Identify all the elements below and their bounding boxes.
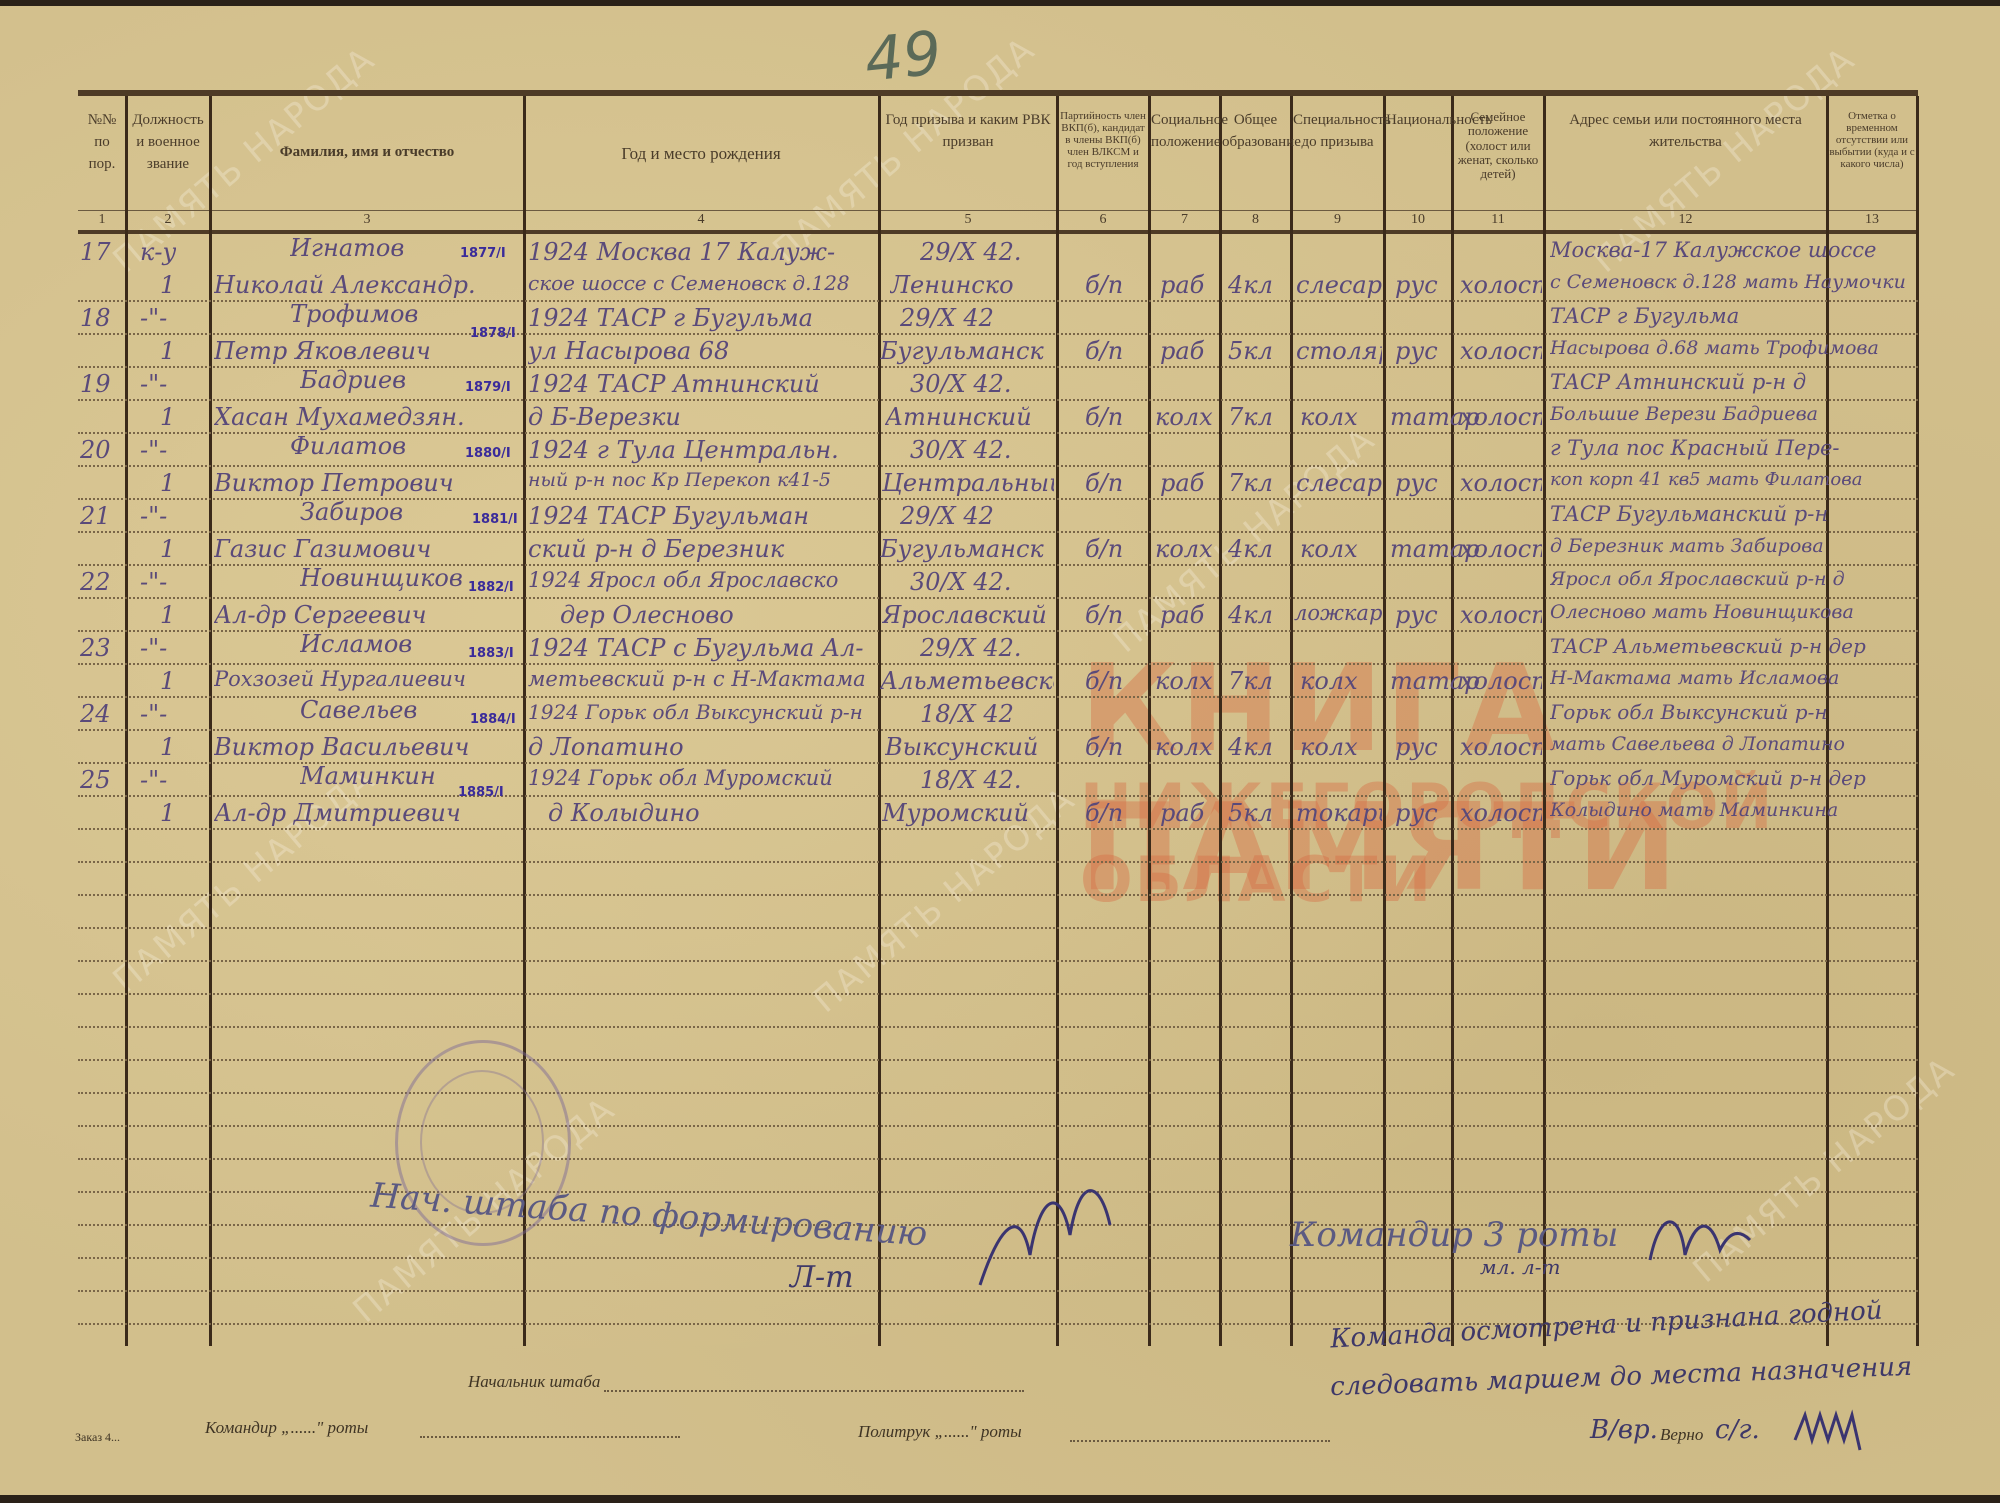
education: 7кл [1228, 403, 1273, 431]
rank-grade: 1 [160, 271, 175, 299]
birth-line-1: 1924 Москва 17 Калуж- [528, 238, 876, 266]
address-line-2: Олесново мать Новинщикова [1550, 601, 1915, 623]
education: 7кл [1228, 469, 1273, 497]
address-line-2: мать Савельева д Лопатино [1550, 733, 1915, 755]
col-num-4: 4 [526, 212, 876, 228]
surname: Трофимов [290, 300, 418, 328]
given-name: Ал-др Дмитриевич [214, 799, 519, 827]
address-line-2: Насырова д.68 мать Трофимова [1550, 337, 1915, 359]
row-number: 17 [80, 238, 111, 266]
address-line-2: Колыдино мать Маминкина [1550, 799, 1915, 821]
call-rvk: Центральный [882, 469, 1054, 497]
social: колх [1155, 535, 1213, 563]
call-date: 30/X 42. [910, 370, 1012, 398]
birth-line-2: ское шоссе с Семеновск д.128 [528, 271, 876, 295]
surname: Филатов [290, 432, 406, 460]
given-name: Николай Александр. [214, 271, 519, 299]
party: б/п [1085, 469, 1123, 497]
surname: Маминкин [300, 762, 436, 790]
rank: -"- [140, 634, 167, 662]
col-num-7: 7 [1151, 212, 1218, 228]
party: б/п [1085, 601, 1123, 629]
col-num-12: 12 [1546, 212, 1825, 228]
col-num-1: 1 [80, 212, 124, 228]
nationality: рус [1395, 337, 1438, 365]
given-name: Рохзозей Нургалиевич [214, 667, 519, 691]
address-line-1: г Тула пос Красный Пере- [1550, 436, 1915, 460]
nationality: рус [1395, 601, 1438, 629]
social: раб [1160, 337, 1204, 365]
party: б/п [1085, 403, 1123, 431]
address-line-1: Яросл обл Ярославский р-н д [1550, 568, 1915, 590]
specialty: колх [1300, 733, 1382, 761]
row-number: 22 [80, 568, 111, 596]
address-line-2: Н-Мактама мать Исламова [1550, 667, 1915, 689]
row-number: 25 [80, 766, 111, 794]
birth-line-1: 1924 ТАСР г Бугульма [528, 304, 876, 332]
chief-of-staff-label: Начальник штаба [468, 1372, 600, 1392]
call-rvk: Атнинский [885, 403, 1055, 431]
party: б/п [1085, 535, 1123, 563]
given-name: Виктор Васильевич [214, 733, 519, 761]
rank-grade: 1 [160, 535, 175, 563]
rank-grade: 1 [160, 469, 175, 497]
nationality: рус [1395, 799, 1438, 827]
header-divider [78, 210, 1918, 211]
education: 4кл [1228, 271, 1273, 299]
address-line-2: с Семеновск д.128 мать Наумочки [1550, 271, 1915, 293]
rank-grade: 1 [160, 799, 175, 827]
year-code: 1885/I [458, 785, 504, 800]
commander-note: Командир 3 роты [1290, 1215, 1618, 1255]
row-number: 18 [80, 304, 111, 332]
inspection-note-line-2: следовать маршем до места назначения [1330, 1352, 1913, 1402]
address-line-2: д Березник мать Забирова [1550, 535, 1915, 557]
company-commander-signature-line [420, 1436, 680, 1438]
address-line-1: Горьк обл Выксунский р-н [1550, 700, 1915, 724]
col-header-2: Должность и военное звание [128, 110, 208, 175]
commander-signature-scribble [1640, 1200, 1760, 1290]
certified-prefix: В/вр. [1590, 1415, 1658, 1445]
family-status: холост [1460, 601, 1542, 629]
col-num-13: 13 [1829, 212, 1915, 228]
col-header-1: №№ по пор. [80, 110, 124, 175]
col-num-8: 8 [1222, 212, 1289, 228]
family-status: холост [1460, 667, 1542, 695]
rank: -"- [140, 568, 167, 596]
call-date: 29/X 42 [900, 304, 994, 332]
address-line-1: ТАСР Альметьевский р-н дер [1550, 634, 1915, 658]
education: 5кл [1228, 337, 1273, 365]
row-number: 21 [80, 502, 111, 530]
education: 4кл [1228, 601, 1273, 629]
call-rvk: Ярославский [882, 601, 1054, 629]
row-number: 23 [80, 634, 111, 662]
chief-rank: Л-т [790, 1260, 854, 1295]
year-code: 1884/I [470, 712, 516, 727]
social: колх [1155, 403, 1213, 431]
call-rvk: Бугульманск [880, 337, 1054, 365]
birth-line-1: 1924 г Тула Центральн. [528, 436, 876, 464]
col-header-4: Год и место рождения [526, 142, 876, 167]
col-num-3: 3 [212, 212, 522, 228]
row-number: 24 [80, 700, 111, 728]
given-name: Петр Яковлевич [214, 337, 464, 365]
col-header-8: Общее образование [1222, 110, 1289, 154]
rank-grade: 1 [160, 733, 175, 761]
given-name: Хасан Мухамедзян. [214, 403, 519, 431]
specialty: колх [1300, 403, 1382, 431]
birth-line-1: 1924 Яросл обл Ярославско [528, 568, 876, 592]
year-code: 1882/I [468, 580, 514, 595]
political-officer-signature-line [1070, 1440, 1330, 1442]
chief-signature-scribble [960, 1165, 1130, 1305]
education: 4кл [1228, 733, 1273, 761]
address-line-1: ТАСР г Бугульма [1550, 304, 1915, 328]
education: 5кл [1228, 799, 1273, 827]
rank: -"- [140, 502, 167, 530]
address-line-1: ТАСР Бугульманский р-н [1550, 502, 1915, 526]
specialty: столяр [1296, 337, 1382, 365]
page-number: 49 [862, 18, 945, 96]
rank-grade: 1 [160, 601, 175, 629]
year-code: 1877/I [460, 246, 506, 261]
col-header-3: Фамилия, имя и отчество [212, 142, 522, 164]
family-status: холост [1460, 271, 1542, 299]
party: б/п [1085, 733, 1123, 761]
col-header-13: Отметка о временном отсутствии или выбыт… [1829, 110, 1915, 170]
header-top-rule [78, 90, 1918, 96]
family-status: холост [1460, 469, 1542, 497]
party: б/п [1085, 667, 1123, 695]
surname: Новинщиков [300, 564, 463, 592]
rank-grade: 1 [160, 667, 175, 695]
birth-line-2: ный р-н пос Кр Перекоп к41-5 [528, 469, 876, 491]
certified-rank: с/г. [1715, 1415, 1760, 1445]
birth-line-2: метьевский р-н с Н-Мактама [528, 667, 876, 691]
year-code: 1881/I [472, 512, 518, 527]
family-status: холост [1460, 535, 1542, 563]
rank: -"- [140, 766, 167, 794]
social: раб [1160, 601, 1204, 629]
col-num-6: 6 [1059, 212, 1147, 228]
col-header-12: Адрес семьи или постоянного места житель… [1546, 110, 1825, 154]
party: б/п [1085, 337, 1123, 365]
col-num-10: 10 [1386, 212, 1450, 228]
surname: Бадриев [300, 366, 406, 394]
address-line-1: Москва-17 Калужское шоссе [1550, 238, 1915, 262]
address-line-2: Большие Верези Бадриева [1550, 403, 1915, 425]
col-num-2: 2 [128, 212, 208, 228]
birth-line-2: ский р-н д Березник [528, 535, 876, 563]
call-date: 18/X 42 [920, 700, 1014, 728]
certified-signature-scribble [1790, 1400, 1880, 1460]
rank: -"- [140, 304, 167, 332]
call-date: 30/X 42. [910, 568, 1012, 596]
row-number: 20 [80, 436, 111, 464]
family-status: холост [1460, 799, 1542, 827]
rank: к-у [140, 238, 176, 266]
given-name: Ал-др Сергеевич [214, 601, 519, 629]
specialty: колх [1300, 667, 1382, 695]
birth-line-1: 1924 Горьк обл Выксунский р-н [528, 700, 876, 724]
year-code: 1878/I [470, 326, 516, 341]
year-code: 1883/I [468, 646, 514, 661]
specialty: слесарь [1296, 469, 1382, 497]
birth-line-2: д Колыдино [548, 799, 876, 827]
specialty: колх [1300, 535, 1382, 563]
family-status: холост [1460, 403, 1542, 431]
birth-line-2: д Б-Верезки [528, 403, 876, 431]
col-num-5: 5 [881, 212, 1055, 228]
address-line-1: Горьк обл Муромский р-н дер [1550, 766, 1915, 790]
family-status: холост [1460, 337, 1542, 365]
surname: Игнатов [290, 234, 404, 262]
col-header-11: Семейное положение (холост или женат, ск… [1454, 110, 1542, 181]
birth-line-1: 1924 ТАСР с Бугульма Ал- [528, 634, 876, 662]
nationality: рус [1395, 733, 1438, 761]
nationality: рус [1395, 271, 1438, 299]
social: раб [1160, 799, 1204, 827]
col-header-5: Год призыва и каким РВК призван [881, 110, 1055, 154]
row-number: 19 [80, 370, 111, 398]
call-date: 29/X 42 [900, 502, 994, 530]
birth-line-2: дер Олесново [560, 601, 876, 629]
birth-line-2: ул Насырова 68 [528, 337, 876, 365]
call-date: 29/X 42. [920, 238, 1022, 266]
address-line-1: ТАСР Атнинский р-н д [1550, 370, 1915, 394]
social: раб [1160, 271, 1204, 299]
birth-line-2: д Лопатино [528, 733, 876, 761]
col-num-9: 9 [1293, 212, 1382, 228]
rank: -"- [140, 700, 167, 728]
surname: Исламов [300, 630, 412, 658]
call-date: 30/X 42. [910, 436, 1012, 464]
given-name: Виктор Петрович [214, 469, 519, 497]
surname: Забиров [300, 498, 403, 526]
social: колх [1155, 733, 1213, 761]
specialty: слесарь [1296, 271, 1382, 299]
rank: -"- [140, 436, 167, 464]
scan-edge-bottom [0, 1495, 2000, 1503]
year-code: 1880/I [465, 446, 511, 461]
political-officer-label: Политрук „......" роты [858, 1422, 1022, 1442]
birth-line-1: 1924 ТАСР Атнинский [528, 370, 876, 398]
call-date: 29/X 42. [920, 634, 1022, 662]
call-date: 18/X 42. [920, 766, 1022, 794]
call-rvk: Альметьевско [880, 667, 1054, 695]
chief-of-staff-signature-line [604, 1390, 1024, 1392]
party: б/п [1085, 799, 1123, 827]
commander-rank: мл. л-т [1480, 1255, 1561, 1279]
nationality: рус [1395, 469, 1438, 497]
call-rvk: Бугульманск [880, 535, 1054, 563]
col-num-11: 11 [1454, 212, 1542, 228]
inspection-note-line-1: Команда осмотрена и признана годной [1330, 1296, 1884, 1355]
call-rvk: Выксунский [885, 733, 1055, 761]
specialty: токарь [1296, 799, 1382, 827]
surname: Савельев [300, 696, 417, 724]
address-line-2: коп корп 41 кв5 мать Филатова [1550, 469, 1915, 490]
birth-line-1: 1924 ТАСР Бугульман [528, 502, 876, 530]
given-name: Газис Газимович [214, 535, 519, 563]
education: 7кл [1228, 667, 1273, 695]
col-header-6: Партийность член ВКП(б), кандидат в член… [1059, 110, 1147, 170]
specialty: ложкарь [1294, 601, 1382, 625]
family-status: холост [1460, 733, 1542, 761]
year-code: 1879/I [465, 380, 511, 395]
call-rvk: Муромский [882, 799, 1054, 827]
call-rvk: Ленинско [890, 271, 1014, 299]
company-commander-label: Командир „......" роты [205, 1418, 368, 1438]
scan-edge-top [0, 0, 2000, 6]
party: б/п [1085, 271, 1123, 299]
birth-line-1: 1924 Горьк обл Муромский [528, 766, 876, 790]
rank: -"- [140, 370, 167, 398]
social: колх [1155, 667, 1213, 695]
education: 4кл [1228, 535, 1273, 563]
col-header-7: Социальное положение [1151, 110, 1218, 154]
rank-grade: 1 [160, 403, 175, 431]
print-order-number: Заказ 4... [75, 1430, 120, 1445]
rank-grade: 1 [160, 337, 175, 365]
document-sheet: 49 ПАМЯТЬ НАРОДА ПАМЯТЬ НАРОДА ПАМЯТЬ НА… [0, 0, 2000, 1503]
col-header-10: Национальность [1386, 110, 1450, 132]
social: раб [1160, 469, 1204, 497]
certified-label: Верно [1660, 1425, 1703, 1445]
col-header-9: Специальность до призыва [1293, 110, 1382, 154]
